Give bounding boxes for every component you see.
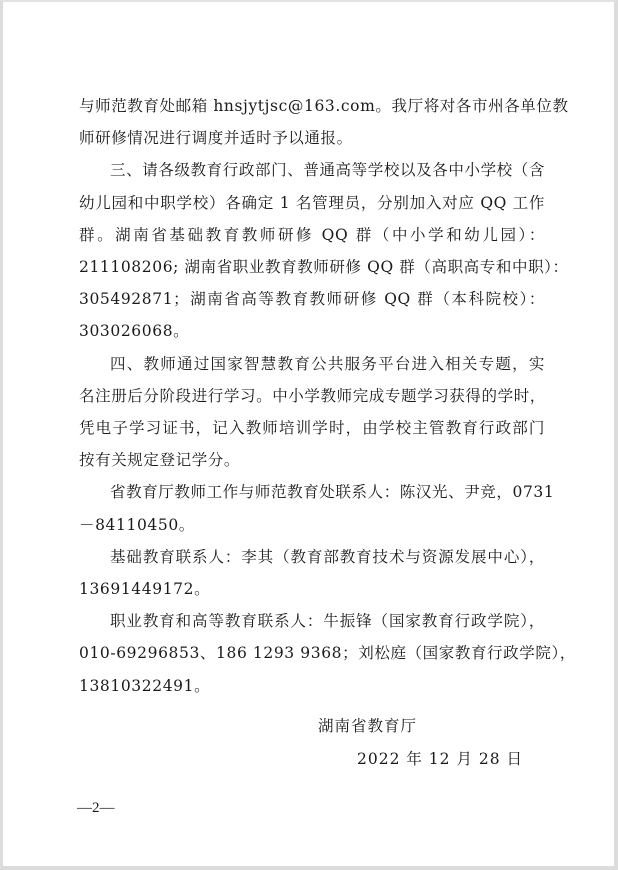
text-line: 与师范教育处邮箱 hnsjytjsc@163.com。我厅将对各市州各单位教: [79, 90, 545, 122]
text-line: 师研修情况进行调度并适时予以通报。: [79, 122, 545, 154]
text-line: 303026068。: [79, 315, 545, 347]
text-line: 幼儿园和中职学校）各确定 1 名管理员，分别加入对应 QQ 工作: [79, 187, 545, 219]
text-line: 凭电子学习证书，记入教师培训学时，由学校主管教育行政部门: [79, 412, 545, 444]
text-line: 省教育厅教师工作与师范教育处联系人：陈汉光、尹竞，0731: [79, 476, 545, 508]
text-line: 三、请各级教育行政部门、普通高等学校以及各中小学校（含: [79, 154, 545, 186]
signature-organization: 湖南省教育厅: [318, 714, 417, 736]
text-line: 名注册后分阶段进行学习。中小学教师完成专题学习获得的学时，: [79, 380, 545, 412]
text-line: 13810322491。: [79, 670, 545, 702]
text-line: 基础教育联系人：李其（教育部教育技术与资源发展中心），: [79, 541, 545, 573]
text-line: 13691449172。: [79, 573, 545, 605]
paragraph-contact-vocational-higher: 职业教育和高等教育联系人：牛振锋（国家教育行政学院）， 010-69296853…: [79, 605, 545, 702]
text-line: 四、教师通过国家智慧教育公共服务平台进入相关专题，实: [79, 348, 545, 380]
paragraph-item-four: 四、教师通过国家智慧教育公共服务平台进入相关专题，实 名注册后分阶段进行学习。中…: [79, 348, 545, 477]
paragraph-email-continuation: 与师范教育处邮箱 hnsjytjsc@163.com。我厅将对各市州各单位教 师…: [79, 90, 545, 154]
document-page: 与师范教育处邮箱 hnsjytjsc@163.com。我厅将对各市州各单位教 师…: [0, 0, 618, 870]
text-line: 305492871；湖南省高等教育教师研修 QQ 群（本科院校）：: [79, 283, 545, 315]
text-line: 211108206; 湖南省职业教育教师研修 QQ 群（高职高专和中职）：: [79, 251, 545, 283]
paragraph-contact-basic: 基础教育联系人：李其（教育部教育技术与资源发展中心）， 13691449172。: [79, 541, 545, 605]
text-line: 010-69296853、186 1293 9368；刘松庭（国家教育行政学院）…: [79, 637, 545, 669]
text-line: 职业教育和高等教育联系人：牛振锋（国家教育行政学院），: [79, 605, 545, 637]
text-line: 群。湖南省基础教育教师研修 QQ 群（中小学和幼儿园）：: [79, 219, 545, 251]
paragraph-contact-provincial: 省教育厅教师工作与师范教育处联系人：陈汉光、尹竞，0731 －84110450。: [79, 476, 545, 540]
text-line: 按有关规定登记学分。: [79, 444, 545, 476]
paragraph-item-three: 三、请各级教育行政部门、普通高等学校以及各中小学校（含 幼儿园和中职学校）各确定…: [79, 154, 545, 347]
document-body: 与师范教育处邮箱 hnsjytjsc@163.com。我厅将对各市州各单位教 师…: [79, 90, 545, 702]
text-line: －84110450。: [79, 509, 545, 541]
signature-date: 2022 年 12 月 28 日: [357, 747, 523, 769]
page-number: —2—: [77, 800, 115, 817]
